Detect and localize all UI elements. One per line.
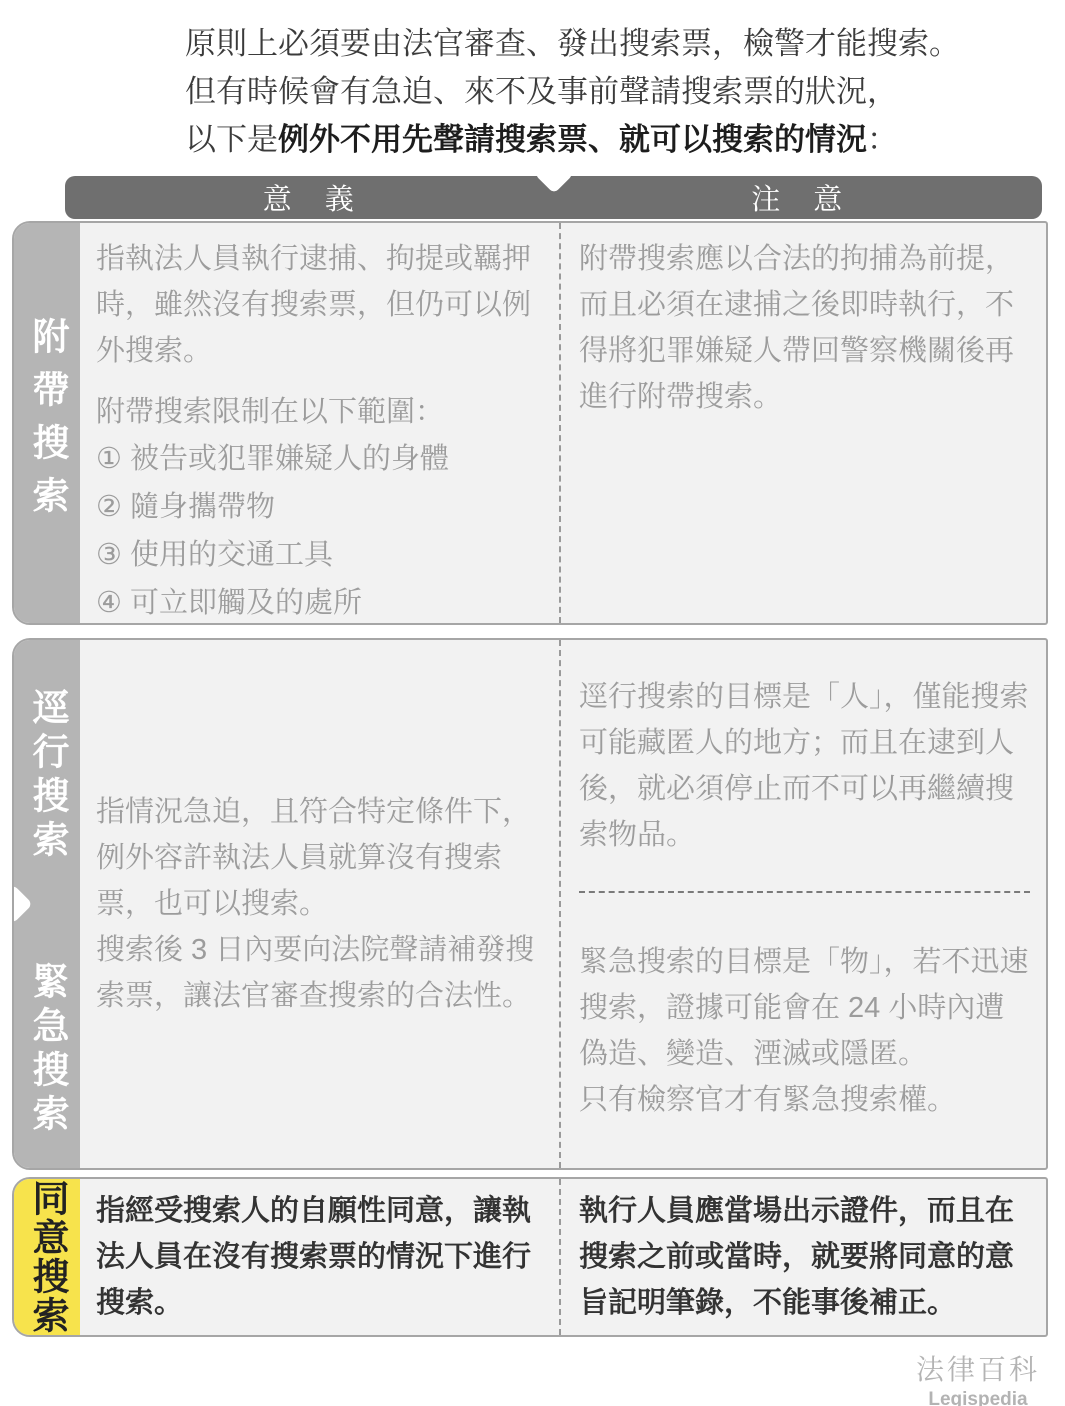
note-cell-exigent: 逕行搜索的目標是「人」，僅能搜索可能藏匿人的地方；而且在逮到人後，就必須停止而不… [559, 640, 1046, 1168]
brand-name-english: Legispedia [916, 1387, 1040, 1406]
infographic-page: 原則上必須要由法官審查、發出搜索票，檢警才能搜索。 但有時候會有急迫、來不及事前… [0, 0, 1065, 1406]
meaning-cell-exigent: 指情況急迫，且符合特定條件下，例外容許執法人員就算沒有搜索票，也可以搜索。 搜索… [80, 640, 559, 1168]
scope-item-3: ③ 使用的交通工具 [96, 531, 537, 579]
row-consent-search: 同意搜索 指經受搜索人的自願性同意，讓執法人員在沒有搜索票的情況下進行搜索。 執… [12, 1177, 1048, 1337]
column-header-meaning: 意 義 [65, 176, 554, 219]
meaning-cell-incidental: 指執法人員執行逮捕、拘提或羈押時，雖然沒有搜索票，但仍可以例外搜索。 附帶搜索限… [80, 223, 559, 623]
meaning-paragraph: 指情況急迫，且符合特定條件下，例外容許執法人員就算沒有搜索票，也可以搜索。 [96, 789, 537, 927]
note-paragraph: 執行人員應當場出示證件，而且在搜索之前或當時，就要將同意的意旨記明筆錄，不能事後… [579, 1188, 1030, 1326]
brand-logo: 法律百科 Legispedia [916, 1353, 1040, 1406]
row-label-consent-search: 同意搜索 [14, 1179, 80, 1335]
note-paragraph: 附帶搜索應以合法的拘捕為前提，而且必須在逮捕之後即時執行，不得將犯罪嫌疑人帶回警… [579, 236, 1030, 420]
brand-footer: 法律百科 Legispedia [0, 1353, 1040, 1406]
meaning-paragraph: 指經受搜索人的自願性同意，讓執法人員在沒有搜索票的情況下進行搜索。 [96, 1188, 537, 1326]
note-cell-consent: 執行人員應當場出示證件，而且在搜索之前或當時，就要將同意的意旨記明筆錄，不能事後… [559, 1179, 1046, 1335]
note-paragraph: 緊急搜索的目標是「物」，若不迅速搜索，證據可能會在 24 小時內遭偽造、變造、湮… [579, 939, 1030, 1077]
row-label-text: 同意搜索 [15, 1179, 79, 1335]
brand-name-chinese: 法律百科 [916, 1353, 1040, 1387]
meaning-cell-consent: 指經受搜索人的自願性同意，讓執法人員在沒有搜索票的情況下進行搜索。 [80, 1179, 559, 1335]
row-exigent-search: 逕行搜索 緊急搜索 指情況急迫，且符合特定條件下，例外容許執法人員就算沒有搜索票… [12, 638, 1048, 1170]
meaning-paragraph: 指執法人員執行逮捕、拘提或羈押時，雖然沒有搜索票，但仍可以例外搜索。 [96, 236, 537, 374]
row-label-incidental-search: 附帶搜索 [14, 223, 80, 623]
intro-line-1: 原則上必須要由法官審查、發出搜索票，檢警才能搜索。 [185, 20, 1065, 68]
scope-item-4: ④ 可立即觸及的處所 [96, 579, 537, 625]
row-label-direct-search: 逕行搜索 [14, 688, 80, 864]
row-label-text: 附帶搜索 [14, 317, 80, 529]
scope-item-2: ② 隨身攜帶物 [96, 483, 537, 531]
note-paragraph: 只有檢察官才有緊急搜索權。 [579, 1077, 1030, 1123]
note-emergency-search: 緊急搜索的目標是「物」，若不迅速搜索，證據可能會在 24 小時內遭偽造、變造、湮… [579, 893, 1030, 1168]
row-label-emergency-search: 緊急搜索 [14, 962, 80, 1138]
row-incidental-search: 附帶搜索 指執法人員執行逮捕、拘提或羈押時，雖然沒有搜索票，但仍可以例外搜索。 … [12, 221, 1048, 625]
column-header-note: 注 意 [554, 176, 1043, 219]
note-paragraph: 逕行搜索的目標是「人」，僅能搜索可能藏匿人的地方；而且在逮到人後，就必須停止而不… [579, 674, 1030, 858]
note-direct-search: 逕行搜索的目標是「人」，僅能搜索可能藏匿人的地方；而且在逮到人後，就必須停止而不… [579, 640, 1030, 891]
intro-text: 原則上必須要由法官審查、發出搜索票，檢警才能搜索。 但有時候會有急迫、來不及事前… [185, 0, 1065, 164]
intro-line-2: 但有時候會有急迫、來不及事前聲請搜索票的狀況， [185, 68, 1065, 116]
meaning-paragraph: 附帶搜索限制在以下範圍： [96, 389, 537, 435]
label-notch-decoration [12, 884, 33, 924]
row-label-exigent-search: 逕行搜索 緊急搜索 [14, 640, 80, 1168]
intro-line-3-emphasis: 例外不用先聲請搜索票、就可以搜索的情況 [278, 122, 867, 157]
note-cell-incidental: 附帶搜索應以合法的拘捕為前提，而且必須在逮捕之後即時執行，不得將犯罪嫌疑人帶回警… [559, 223, 1046, 623]
scope-item-1: ① 被告或犯罪嫌疑人的身體 [96, 435, 537, 483]
intro-line-3: 以下是例外不用先聲請搜索票、就可以搜索的情況： [185, 116, 1065, 164]
meaning-paragraph: 搜索後 3 日內要向法院聲請補發搜索票，讓法官審查搜索的合法性。 [96, 927, 537, 1019]
column-header-bar: 意 義 注 意 [65, 176, 1042, 219]
